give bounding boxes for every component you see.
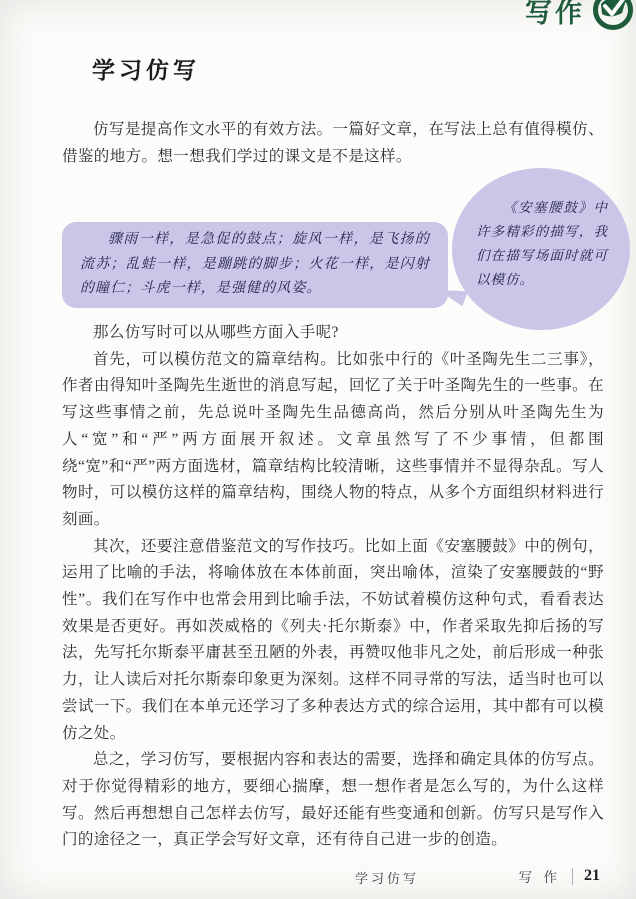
unit-label: 写作 — [525, 0, 585, 30]
second-point-paragraph: 其次，还要注意借鉴范文的写作技巧。比如上面《安塞腰鼓》中的例句，运用了比喻的手法… — [62, 534, 604, 748]
intro-paragraph: 仿写是提高作文水平的有效方法。一篇好文章，在写法上总有值得模仿、借鉴的地方。想一… — [62, 116, 604, 170]
first-point-paragraph: 首先，可以模仿范文的篇章结构。比如张中行的《叶圣陶先生二三事》，作者由得知叶圣陶… — [62, 347, 604, 534]
page-number: 21 — [584, 867, 600, 885]
question-paragraph: 那么仿写时可以从哪些方面入手呢? — [62, 320, 604, 347]
footer-section-title: 学习仿写 — [355, 868, 419, 887]
page-title: 学习仿写 — [92, 52, 200, 85]
speech-bubble-text: 《安塞腰鼓》中许多精彩的描写，我们在描写场面时就可以模仿。 — [452, 168, 630, 292]
summary-paragraph: 总之，学习仿写，要根据内容和表达的需要，选择和确定具体的仿写点。对于你觉得精彩的… — [62, 747, 604, 854]
page-header: 写作 — [525, 0, 634, 31]
page-footer: 学习仿写 写 作 21 — [0, 866, 636, 892]
textbook-page: 写作 学习仿写 仿写是提高作文水平的有效方法。一篇好文章，在写法上总有值得模仿、… — [0, 0, 636, 899]
speech-bubble: 《安塞腰鼓》中许多精彩的描写，我们在描写场面时就可以模仿。 — [452, 168, 630, 330]
writing-unit-badge-icon — [592, 0, 634, 31]
example-quote-text: 骤雨一样，是急促的鼓点；旋风一样，是飞扬的流苏；乱蛙一样，是蹦跳的脚步；火花一样… — [80, 228, 430, 302]
footer-divider — [572, 868, 573, 885]
footer-unit-label: 写 作 — [519, 866, 561, 886]
footer-right-group: 写 作 21 — [519, 866, 600, 886]
main-text: 那么仿写时可以从哪些方面入手呢? 首先，可以模仿范文的篇章结构。比如张中行的《叶… — [62, 320, 604, 854]
example-quote-box: 骤雨一样，是急促的鼓点；旋风一样，是飞扬的流苏；乱蛙一样，是蹦跳的脚步；火花一样… — [62, 222, 448, 308]
